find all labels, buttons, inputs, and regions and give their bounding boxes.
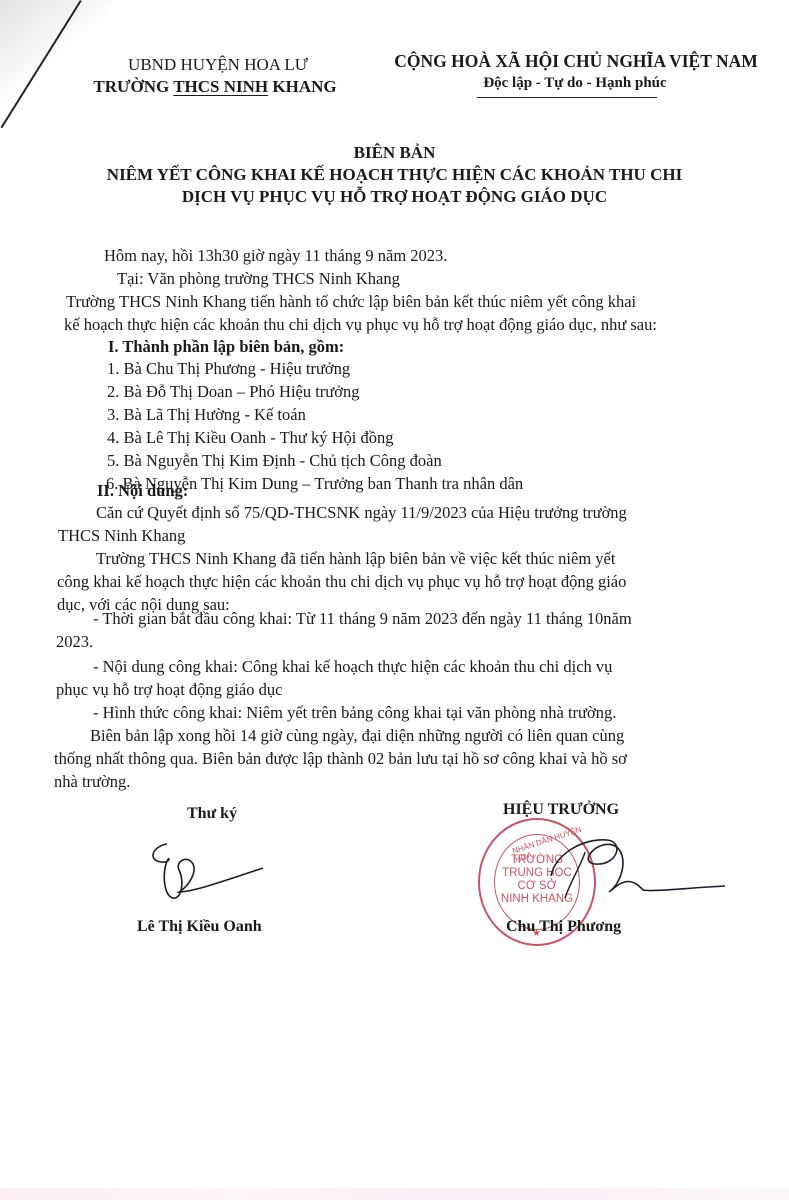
school-name-suffix: KHANG bbox=[268, 77, 336, 96]
intro-time: Hôm nay, hồi 13h30 giờ ngày 11 tháng 9 n… bbox=[104, 246, 447, 266]
scan-edge bbox=[0, 1188, 789, 1200]
closing-line1: Biên bản lập xong hồi 14 giờ cùng ngày, … bbox=[90, 726, 624, 746]
school-name-underlined: THCS NINH bbox=[173, 77, 268, 96]
nation-title: CỘNG HOÀ XÃ HỘI CHỦ NGHĨA VIỆT NAM bbox=[384, 51, 768, 72]
form-line: - Hình thức công khai: Niêm yết trên bản… bbox=[93, 703, 616, 723]
member-item: 5. Bà Nguyễn Thị Kim Định - Chủ tịch Côn… bbox=[107, 451, 442, 471]
content-line2: phục vụ hỗ trợ hoạt động giáo dục bbox=[56, 680, 282, 700]
principal-title: HIỆU TRƯỞNG bbox=[503, 801, 619, 819]
secretary-title: Thư ký bbox=[187, 805, 237, 823]
intro-purpose-line1: Trường THCS Ninh Khang tiến hành tổ chức… bbox=[66, 292, 636, 312]
doc-title: BIÊN BẢN bbox=[0, 143, 789, 163]
member-item: 4. Bà Lê Thị Kiều Oanh - Thư ký Hội đồng bbox=[107, 428, 394, 448]
intro-place: Tại: Văn phòng trường THCS Ninh Khang bbox=[117, 269, 400, 289]
closing-line3: nhà trường. bbox=[54, 772, 130, 792]
school-name-prefix: TRƯỜNG bbox=[93, 77, 173, 96]
principal-signature bbox=[525, 830, 735, 910]
secretary-signature bbox=[135, 840, 315, 910]
section1-heading: I. Thành phần lập biên bản, gồm: bbox=[108, 337, 344, 357]
doc-subtitle-line2: DỊCH VỤ PHỤC VỤ HỖ TRỢ HOẠT ĐỘNG GIÁO DỤ… bbox=[0, 187, 789, 207]
intro-purpose-line2: kế hoạch thực hiện các khoản thu chi dịc… bbox=[64, 315, 657, 335]
basis-line2: THCS Ninh Khang bbox=[58, 526, 185, 546]
doc-subtitle-line1: NIÊM YẾT CÔNG KHAI KẾ HOẠCH THỰC HIỆN CÁ… bbox=[0, 165, 789, 185]
section2-heading: II. Nội dung: bbox=[97, 481, 188, 501]
principal-name: Chu Thị Phương bbox=[506, 918, 621, 936]
secretary-name: Lê Thị Kiều Oanh bbox=[137, 918, 262, 936]
time-line1: - Thời gian bắt đầu công khai: Từ 11 thá… bbox=[93, 609, 632, 629]
agency-name: UBND HUYỆN HOA LƯ bbox=[108, 55, 328, 75]
basis-line1: Căn cứ Quyết định số 75/QD-THCSNK ngày 1… bbox=[96, 503, 627, 523]
desc-line2: công khai kế hoạch thực hiện các khoản t… bbox=[57, 572, 626, 592]
time-line2: 2023. bbox=[56, 632, 93, 652]
school-name: TRƯỜNG THCS NINH KHANG bbox=[80, 77, 350, 97]
member-item: 1. Bà Chu Thị Phương - Hiệu trưởng bbox=[107, 359, 350, 379]
member-item: 3. Bà Lã Thị Hường - Kế toán bbox=[107, 405, 306, 425]
closing-line2: thống nhất thông qua. Biên bản được lập … bbox=[54, 749, 627, 769]
motto-underline bbox=[477, 97, 657, 98]
member-item: 2. Bà Đỗ Thị Doan – Phó Hiệu trưởng bbox=[107, 382, 359, 402]
desc-line1: Trường THCS Ninh Khang đã tiến hành lập … bbox=[96, 549, 615, 569]
nation-motto: Độc lập - Tự do - Hạnh phúc bbox=[430, 75, 720, 92]
content-line1: - Nội dung công khai: Công khai kế hoạch… bbox=[93, 657, 612, 677]
page-fold-shadow bbox=[0, 0, 139, 150]
